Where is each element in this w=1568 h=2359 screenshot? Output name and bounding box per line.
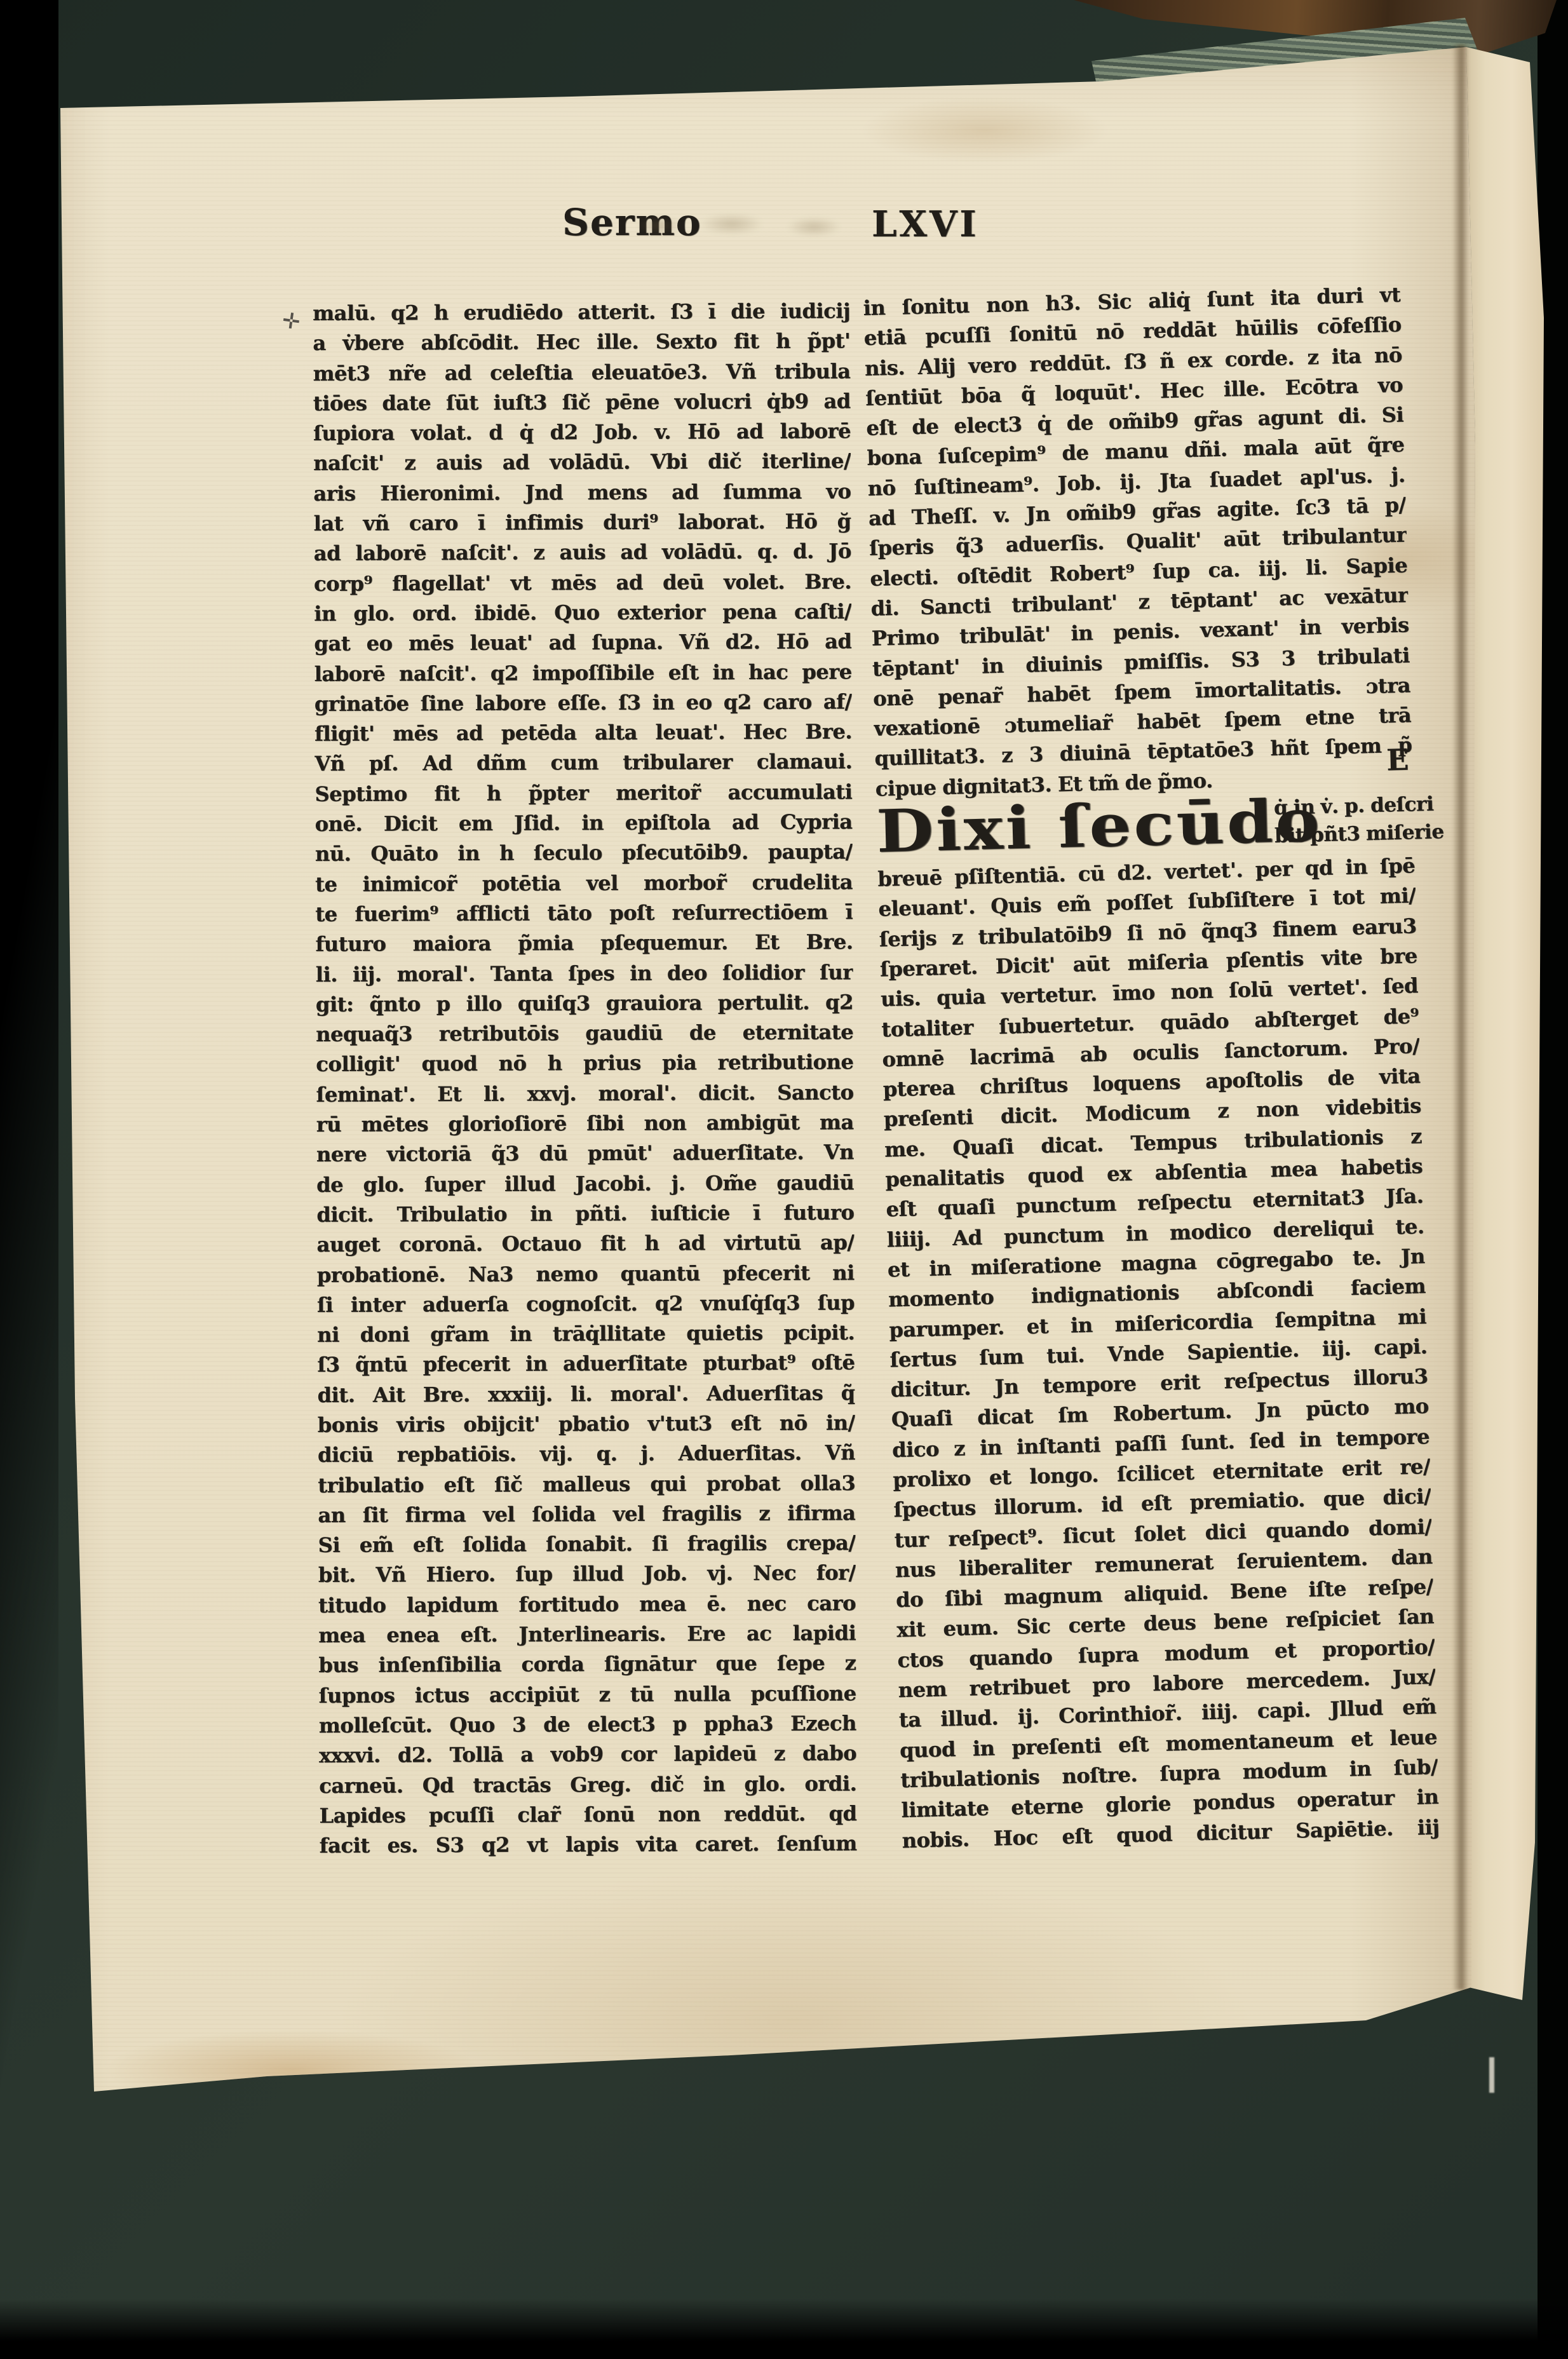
handwritten-margin-mark: ✛ [280,308,302,335]
text-line: ſi inter aduerſa cognoſcit. q2 vnuſq̇ſq3… [317,1288,855,1320]
text-line: a v̇bere abſcōdit. Hec ille. Sexto fit h… [313,327,850,359]
text-line: dit. Ait Bre. xxxiij. li. moral'. Aduerſ… [317,1378,855,1410]
text-line: nere victoriā q̃3 dū pmūt' aduerſitate. … [316,1138,854,1170]
text-line: grinatōe ſine labore eſſe. ſ3 in eo q2 c… [314,687,852,719]
right-text-column: in ſonitu non h3. Sic aliq̇ ſunt ita dur… [863,280,1440,1856]
text-line: in glo. ord. ibidē. Quo exterior pena ca… [314,597,851,629]
guide-letter: E [1386,745,1409,775]
text-line: ſeminat'. Et li. xxvj. moral'. dicit. Sa… [316,1078,853,1110]
right-column-lower-lines: breuē pſiſtentiā. cū d2. vertet'. per qd… [877,851,1440,1856]
text-line: mēt3 nr̃e ad celeſtia eleuatōe3. Vñ trib… [313,356,850,389]
text-line: malū. q2 h erudiēdo atterit. ſ3 ī die iu… [313,296,850,328]
text-line: fligit' mēs ad petēda alta leuat'. Hec B… [314,717,852,749]
text-line: carneū. Qd tractās Greg. dič in glo. ord… [319,1769,856,1801]
text-line: tribulatio eſt ſič malleus qui probat ol… [318,1468,855,1501]
text-line: ſupnos ictus accipiūt z tū nulla pcuſſio… [318,1679,856,1711]
text-line: te inimicor̃ potētia vel morbor̃ crudeli… [315,867,853,900]
gutter-crease [1452,44,1469,1990]
right-column-upper-lines: in ſonitu non h3. Sic aliq̇ ſunt ita dur… [863,280,1413,804]
scan-black-edge-left [0,0,58,2359]
text-line: corp⁹ flagellat' vt mēs ad deū volet. Br… [314,567,851,599]
folio-number: LXVI [872,203,978,245]
text-line: probationē. Na3 nemo quantū pfecerit ni [317,1258,855,1290]
section-heading-text: Dixi ſecūdo [875,793,1322,859]
scratch-highlight [1489,2057,1494,2093]
text-line: facit es. S3 q2 vt lapis vita caret. ſen… [320,1828,857,1861]
text-line: aris Hieronimi. Jnd mens ad ſumma vo [313,477,851,509]
text-line: auget coronā. Octauo fit h ad virtutū ap… [316,1227,854,1260]
text-line: futuro maiora p̃mia pſequemur. Et Bre. [315,928,853,960]
text-line: rū mētes glorioſiorē ſibi non ambigūt ma [316,1107,854,1140]
left-text-column: malū. q2 h erudiēdo atterit. ſ3 ī die iu… [313,296,857,1861]
text-line: Lapides pcuſſi clar̃ ſonū non reddūt. qd [319,1799,856,1831]
text-line: Si em̃ eſt ſolida ſonabit. ſi fragilis c… [318,1528,855,1560]
text-line: de glo. ſuper illud Jacobi. j. Om̃e gaud… [316,1168,854,1200]
text-line: tiōes date ſūt iuſt3 ſič pēne volucri q̇… [313,386,851,419]
text-line: bus inſenſibilia corda ſignātur que ſepe… [318,1649,856,1681]
text-line: naſcit' z auis ad volādū. Vbi dič iterli… [313,447,851,479]
text-line: ad laborē naſcit'. z auis ad volādū. q. … [314,537,851,569]
text-line: ſ3 q̃ntū pfecerit in aduerſitate pturbat… [317,1348,855,1381]
text-line: nū. Quāto in h ſeculo pſecutōib9. paupta… [315,837,853,870]
text-line: onē. Dicit em Jſid. in epiſtola ad Cypri… [315,807,853,839]
show-through-ghost-text [626,205,861,245]
text-line: xxxvi. d2. Tollā a vob9 cor lapideū z da… [319,1739,856,1771]
scanned-book-photo: Sermo LXVI ✛ malū. q2 h erudiēdo atterit… [0,0,1568,2359]
text-line: gat eo mēs leuat' ad ſupna. Vñ d2. Hō ad [314,627,851,659]
text-line: Vñ pſ. Ad dñm cum tribularer clamaui. [314,747,852,780]
text-line: mea enea eſt. Jnterlinearis. Ere ac lapi… [318,1618,856,1651]
text-line: git: q̃nto p illo quiſq3 grauiora pertul… [316,987,853,1020]
text-line: Septimo fit h p̃pter meritor̃ accumulati [314,777,852,809]
scan-black-edge-bottom [0,2299,1568,2359]
text-line: molleſcūt. Quo 3 de elect3 p ppha3 Ezech [319,1708,856,1741]
text-line: bonis viris obijcit' pbatio v'tut3 eſt n… [318,1408,855,1440]
text-line: ni doni gr̃am in trāq̇llitate quietis pc… [317,1318,855,1350]
text-line: li. iij. moral'. Tanta ſpes in deo ſolid… [316,957,853,990]
text-line: an ſit firma vel ſolida vel fragilis z i… [318,1498,855,1531]
text-line: te fuerim⁹ afflicti tāto poſt reſurrecti… [315,897,853,929]
text-line: laborē naſcit'. q2 impoſſibile eſt in ha… [314,657,851,689]
text-line: ſupiora volat. d q̇ d2 Job. v. Hō ad lab… [313,416,851,449]
text-line: colligit' quod nō h prius pia retributio… [316,1048,853,1080]
text-line: nequaq̃3 retributōis gaudiū de eternitat… [316,1017,853,1050]
text-line: bit. Vñ Hiero. ſup illud Job. vj. Nec fo… [318,1558,856,1591]
text-line: titudo lapidum fortitudo mea ē. nec caro [318,1588,856,1621]
text-line: diciū repbatiōis. vij. q. j. Aduerſitas.… [318,1438,855,1471]
text-line: lat vñ caro ī infimis duri⁹ laborat. Hō … [313,506,851,539]
text-line: dicit. Tribulatio in pñti. iuſticie ī fu… [316,1198,854,1230]
